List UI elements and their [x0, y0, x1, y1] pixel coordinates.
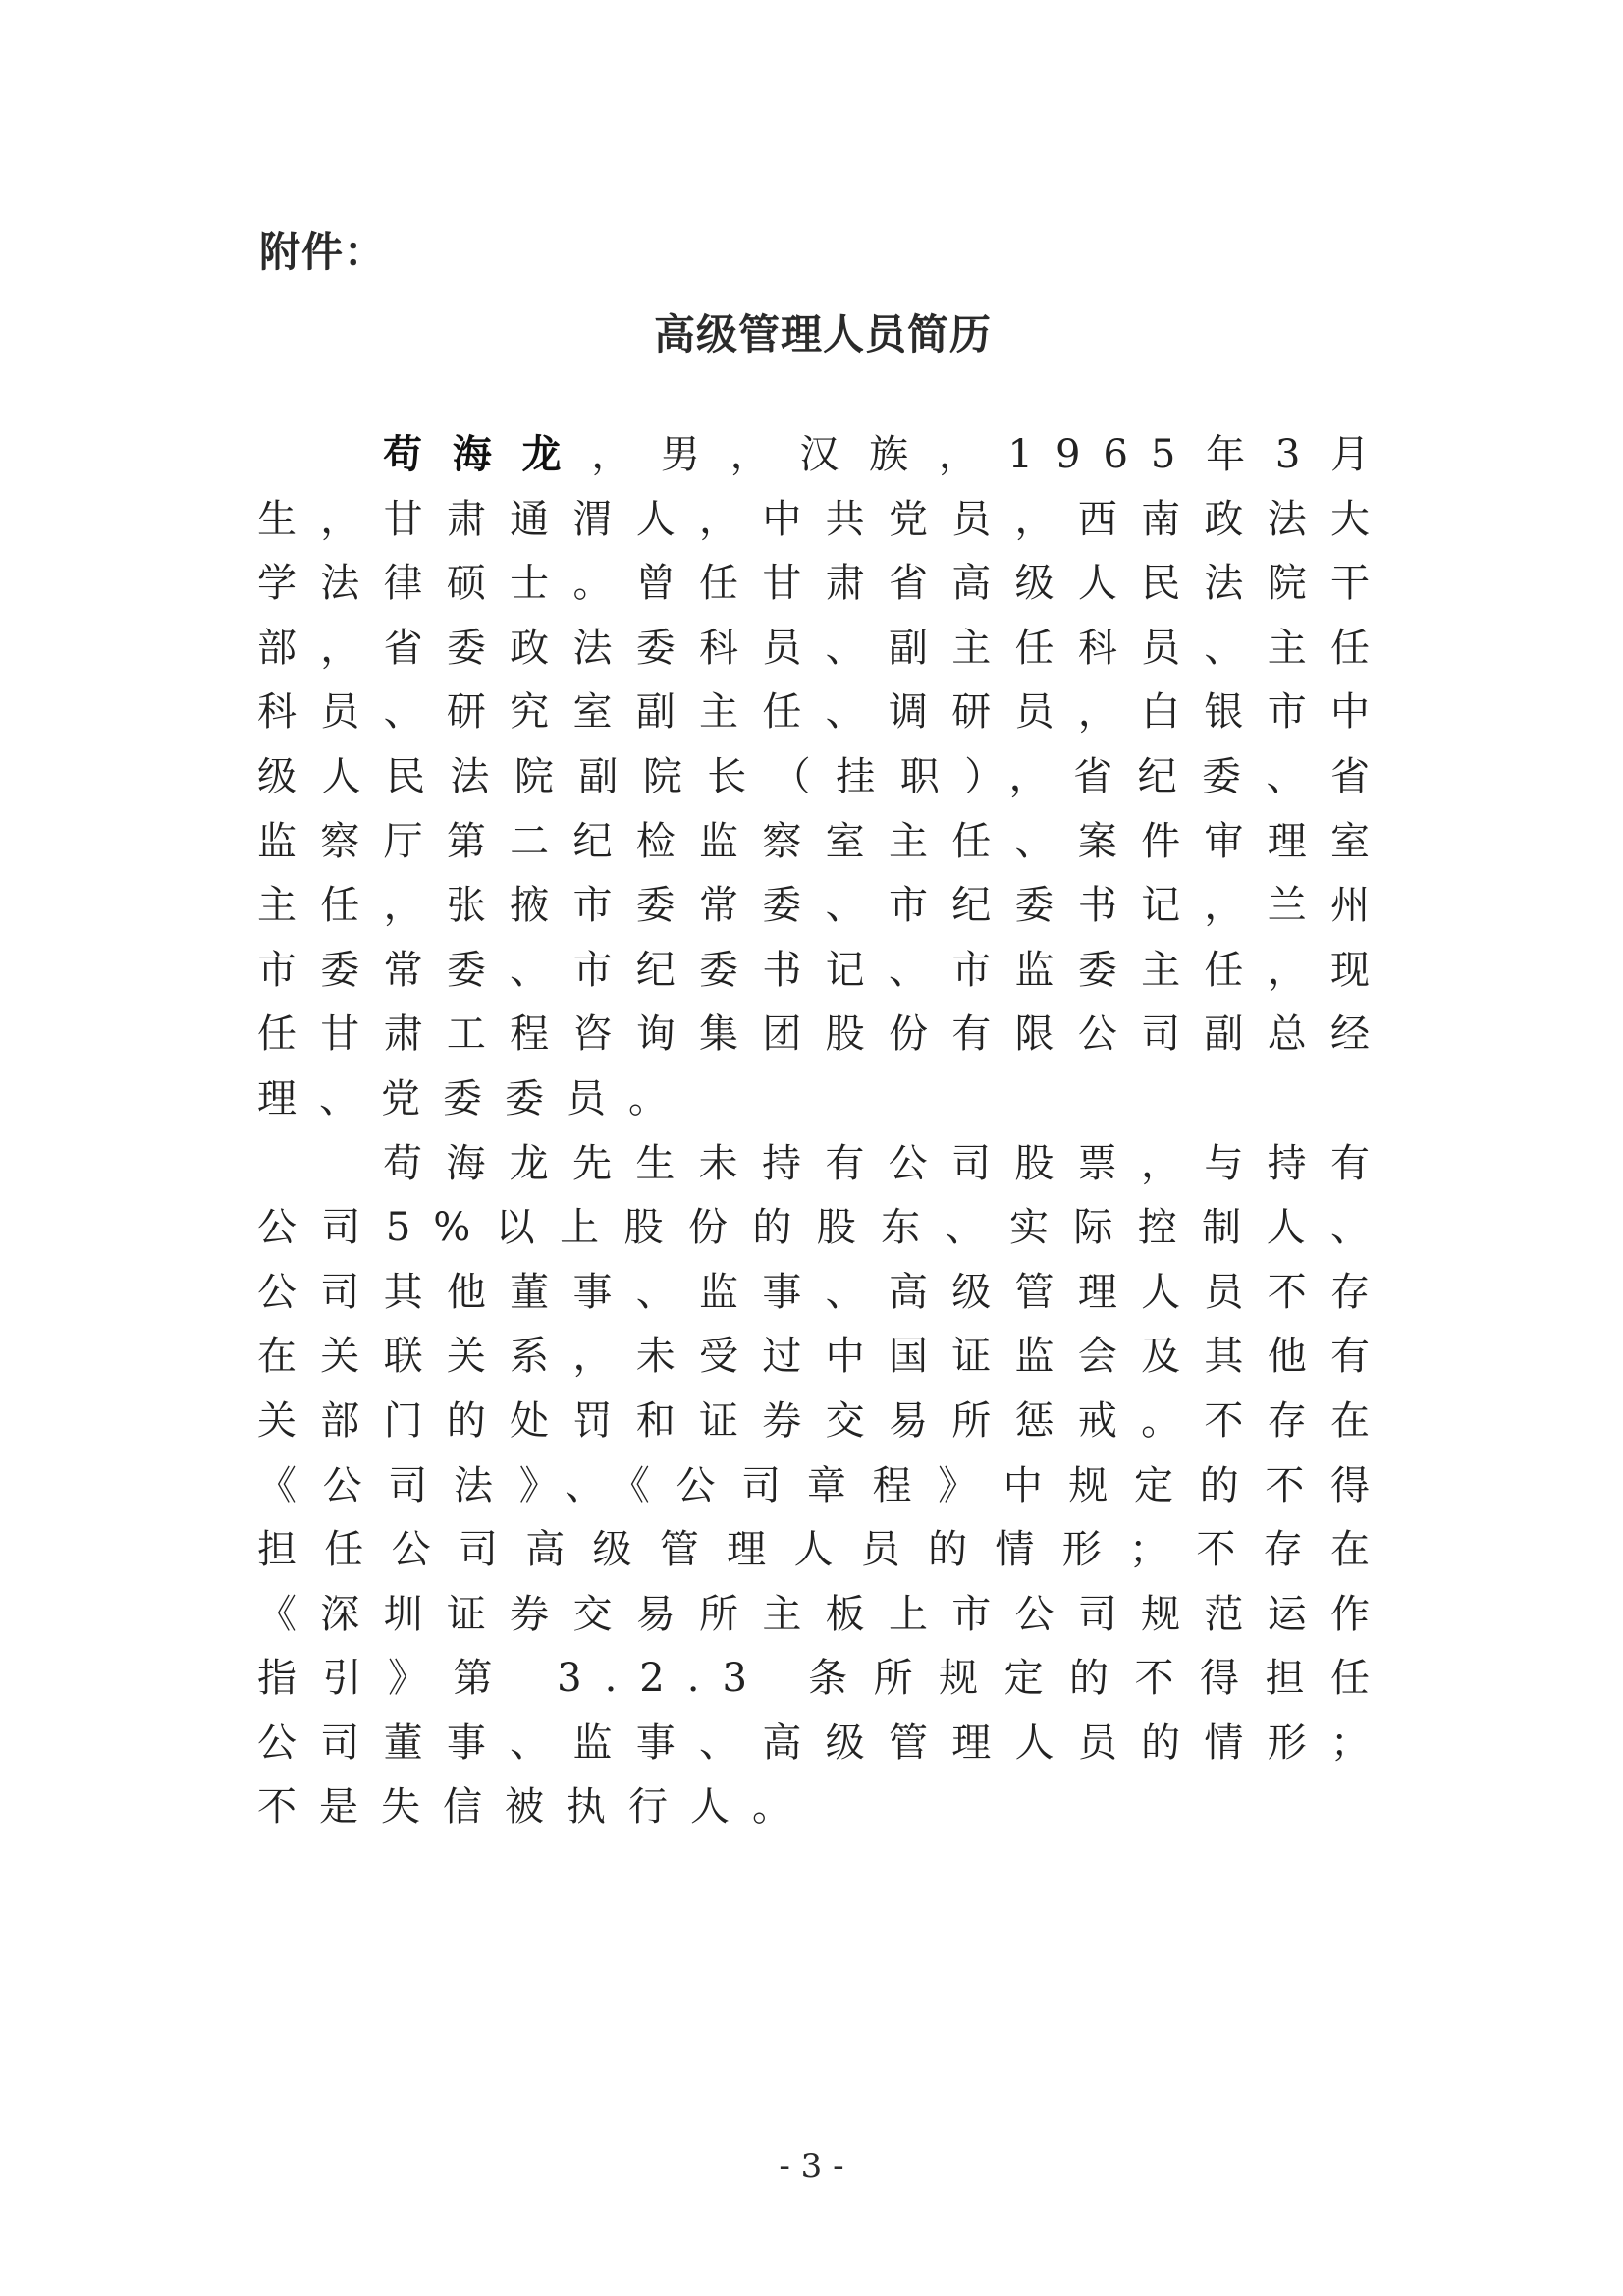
document-page: 附件： 高级管理人员简历 苟海龙，男，汉族，1965年3月生，甘肃通渭人，中共党… [0, 0, 1623, 2296]
person-name: 苟海龙 [383, 431, 591, 477]
page-number: - 3 - [0, 2145, 1623, 2188]
disclosure-text: 苟海龙先生未持有公司股票，与持有公司5%以上股份的股东、实际控制人、公司其他董事… [257, 1141, 1392, 1831]
biography-text: ，男，汉族，1965年3月生，甘肃通渭人，中共党员，西南政法大学法律硕士。曾任甘… [257, 432, 1392, 1121]
document-body: 苟海龙，男，汉族，1965年3月生，甘肃通渭人，中共党员，西南政法大学法律硕士。… [257, 422, 1392, 1840]
disclosure-paragraph: 苟海龙先生未持有公司股票，与持有公司5%以上股份的股东、实际控制人、公司其他董事… [257, 1132, 1392, 1841]
document-title: 高级管理人员简历 [257, 308, 1388, 361]
attachment-label: 附件： [259, 228, 386, 277]
biography-paragraph: 苟海龙，男，汉族，1965年3月生，甘肃通渭人，中共党员，西南政法大学法律硕士。… [257, 422, 1392, 1132]
